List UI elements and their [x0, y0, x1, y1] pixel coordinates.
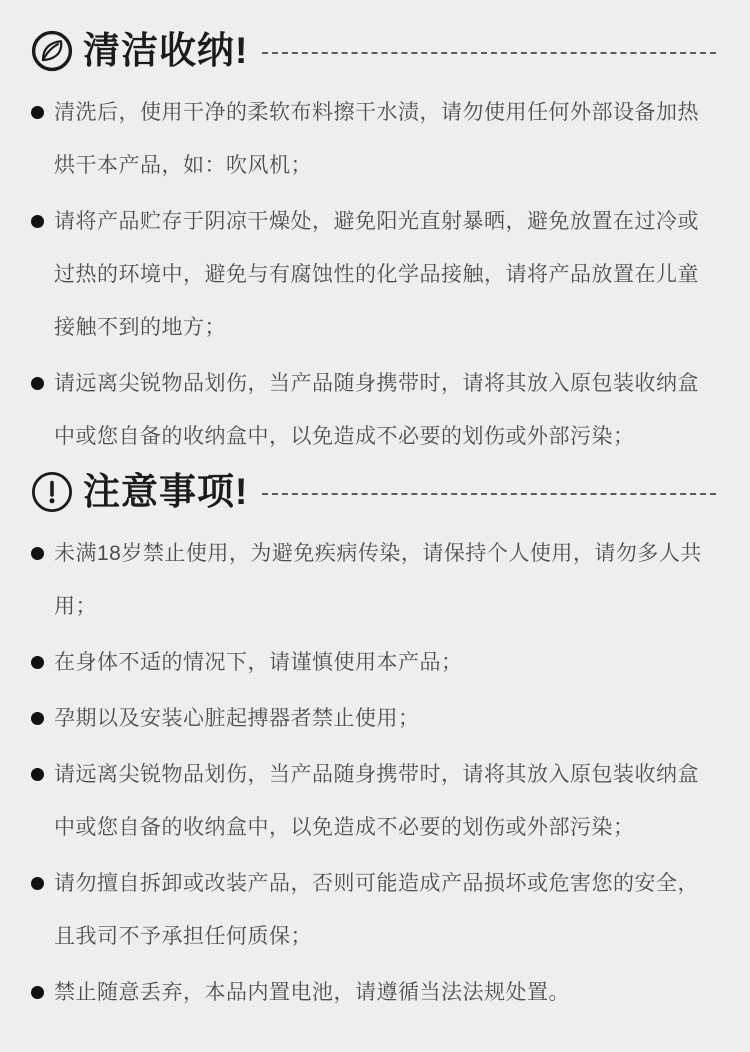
list-item-text: 清洗后，使用干净的柔软布料擦干水渍，请勿使用任何外部设备加热烘干本产品，如：吹风… — [54, 86, 716, 192]
list-item-text: 请勿擅自拆卸或改装产品，否则可能造成产品损坏或危害您的安全，且我司不予承担任何质… — [54, 857, 716, 963]
alert-icon — [30, 470, 74, 514]
bullet-icon — [31, 377, 44, 390]
list-item-text: 请远离尖锐物品划伤，当产品随身携带时，请将其放入原包装收纳盒中或您自备的收纳盒中… — [54, 748, 716, 854]
section-cleaning-storage: 清洁收纳! 清洗后，使用干净的柔软布料擦干水渍，请勿使用任何外部设备加热烘干本产… — [30, 28, 716, 463]
section-title: 清洁收纳! — [83, 28, 248, 74]
bullet-icon — [31, 712, 44, 725]
leaf-icon — [30, 29, 74, 73]
bullet-icon — [31, 656, 44, 669]
bullet-icon — [31, 106, 44, 119]
list-item: 清洗后，使用干净的柔软布料擦干水渍，请勿使用任何外部设备加热烘干本产品，如：吹风… — [30, 86, 716, 192]
bullet-icon — [31, 768, 44, 781]
section-title: 注意事项! — [83, 469, 248, 515]
list-item-text: 请远离尖锐物品划伤，当产品随身携带时，请将其放入原包装收纳盒中或您自备的收纳盒中… — [54, 357, 716, 463]
dashed-divider — [262, 493, 716, 495]
list-item: 请勿擅自拆卸或改装产品，否则可能造成产品损坏或危害您的安全，且我司不予承担任何质… — [30, 857, 716, 963]
bullet-icon — [31, 986, 44, 999]
bullet-icon — [31, 547, 44, 560]
section-header: 注意事项! — [30, 469, 716, 515]
list-item-text: 在身体不适的情况下，请谨慎使用本产品； — [54, 636, 716, 689]
list-item: 孕期以及安装心脏起搏器者禁止使用； — [30, 692, 716, 745]
list-item: 请远离尖锐物品划伤，当产品随身携带时，请将其放入原包装收纳盒中或您自备的收纳盒中… — [30, 748, 716, 854]
list-item-text: 禁止随意丢弃，本品内置电池，请遵循当法法规处置。 — [54, 966, 716, 1019]
cleaning-storage-list: 清洗后，使用干净的柔软布料擦干水渍，请勿使用任何外部设备加热烘干本产品，如：吹风… — [30, 86, 716, 463]
list-item-text: 请将产品贮存于阴凉干燥处，避免阳光直射暴晒，避免放置在过冷或过热的环境中，避免与… — [54, 195, 716, 354]
bullet-icon — [31, 215, 44, 228]
bullet-icon — [31, 877, 44, 890]
list-item-text: 孕期以及安装心脏起搏器者禁止使用； — [54, 692, 716, 745]
list-item-text: 未满18岁禁止使用，为避免疾病传染，请保持个人使用，请勿多人共用； — [54, 527, 716, 633]
list-item: 请将产品贮存于阴凉干燥处，避免阳光直射暴晒，避免放置在过冷或过热的环境中，避免与… — [30, 195, 716, 354]
dashed-divider — [262, 52, 716, 54]
list-item: 禁止随意丢弃，本品内置电池，请遵循当法法规处置。 — [30, 966, 716, 1019]
list-item: 请远离尖锐物品划伤，当产品随身携带时，请将其放入原包装收纳盒中或您自备的收纳盒中… — [30, 357, 716, 463]
section-header: 清洁收纳! — [30, 28, 716, 74]
section-precautions: 注意事项! 未满18岁禁止使用，为避免疾病传染，请保持个人使用，请勿多人共用； … — [30, 469, 716, 1019]
precautions-list: 未满18岁禁止使用，为避免疾病传染，请保持个人使用，请勿多人共用； 在身体不适的… — [30, 527, 716, 1019]
instructions-page: 清洁收纳! 清洗后，使用干净的柔软布料擦干水渍，请勿使用任何外部设备加热烘干本产… — [0, 0, 750, 1052]
list-item: 在身体不适的情况下，请谨慎使用本产品； — [30, 636, 716, 689]
list-item: 未满18岁禁止使用，为避免疾病传染，请保持个人使用，请勿多人共用； — [30, 527, 716, 633]
